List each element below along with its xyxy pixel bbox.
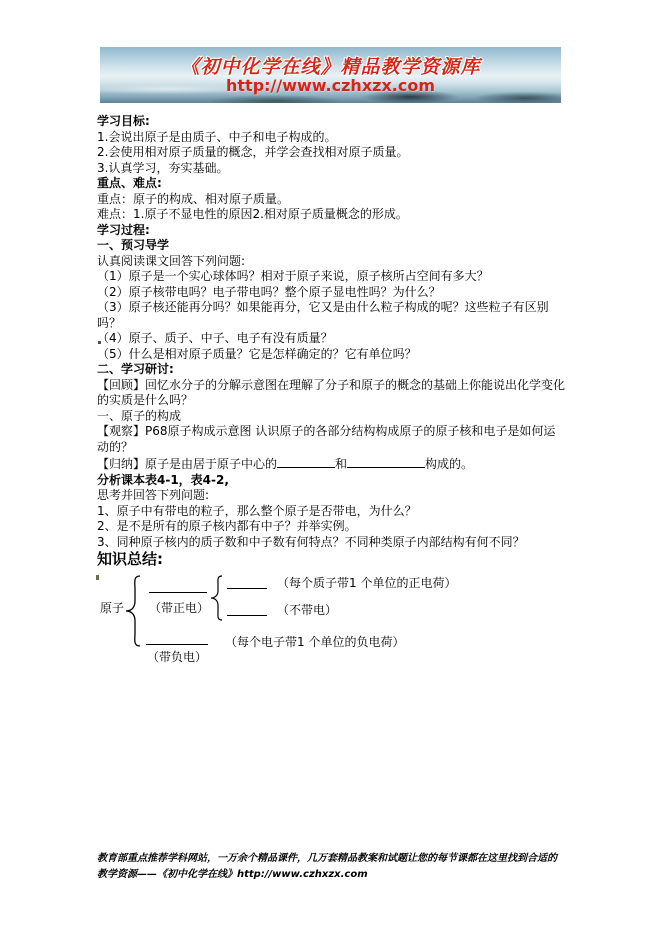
document-page: { "banner": { "title": "《初中化学在线》精品教学资源库"… xyxy=(0,0,661,935)
think-question: 1、原子中有带电的粒子，那么整个原子是否带电，为什么？ xyxy=(97,504,567,520)
summary-diagram: 原子 （带正电） （每个质子带1 个单位的正电荷） （不带电） （带负电） （每… xyxy=(97,570,567,666)
fill-blank xyxy=(347,455,425,468)
preview-question: （1）原子是一个实心球体吗？相对于原子来说，原子核所占空间有多大？ xyxy=(97,269,567,285)
positive-blank-group: （带正电） xyxy=(149,592,207,617)
difficulty-line: 难点：1.原子不显电性的原因2.相对原子质量概念的形成。 xyxy=(97,207,567,223)
preview-question: （2）原子核带电吗？电子带电吗？整个原子显电性吗？为什么？ xyxy=(97,285,567,301)
neutron-note: （不带电） xyxy=(277,603,337,619)
goal-item: 2.会使用相对原子质量的概念，并学会查找相对原子质量。 xyxy=(97,145,567,161)
conclude-prefix: 【归纳】原子是由居于原子中心的 xyxy=(97,457,277,471)
think-question: 2、是不是所有的原子核内都有中子？并举实例。 xyxy=(97,519,567,535)
goal-item: 3.认真学习，夯实基础。 xyxy=(97,161,567,177)
conclude-suffix: 构成的。 xyxy=(425,457,473,471)
footer-line: 教学资源——《初中化学在线》http://www.czhxzx.com xyxy=(97,867,575,883)
worksheet-body: 学习目标: 1.会说出原子是由质子、中子和电子构成的。 2.会使用相对原子质量的… xyxy=(97,114,567,666)
banner-url: http://www.czhxzx.com xyxy=(100,76,561,95)
negative-blank-group: （带负电） xyxy=(146,644,208,666)
positive-label: （带正电） xyxy=(149,601,209,615)
goal-item: 1.会说出原子是由质子、中子和电子构成的。 xyxy=(97,130,567,146)
analyze-line: 分析课本表4-1，表4-2, xyxy=(97,473,567,489)
fill-blank xyxy=(227,601,267,616)
proton-note: （每个质子带1 个单位的正电荷） xyxy=(277,576,456,592)
preview-question: （4）原子、质子、中子、电子有没有质量？ xyxy=(97,331,567,347)
preview-question: （3）原子核还能再分吗？如果能再分，它又是由什么粒子构成的呢？这些粒子有区别吗？ xyxy=(97,300,567,331)
diagram-root-label: 原子 xyxy=(100,601,124,617)
electron-note: （每个电子带1 个单位的负电荷） xyxy=(225,635,404,651)
fill-blank xyxy=(227,574,267,589)
keypoints-heading: 重点、难点: xyxy=(97,176,567,192)
think-intro: 思考并回答下列问题: xyxy=(97,488,567,504)
negative-label: （带负电） xyxy=(147,650,207,664)
think-question: 3、同种原子核内的质子数和中子数有何特点？不同种类原子内部结构有何不同？ xyxy=(97,535,567,551)
review-paragraph: 【回顾】回忆水分子的分解示意图在理解了分子和原子的概念的基础上你能说出化学变化的… xyxy=(97,378,567,409)
brace-icon xyxy=(124,575,142,647)
discussion-heading: 二、学习研讨: xyxy=(97,362,567,378)
goals-heading: 学习目标: xyxy=(97,114,567,130)
atom-structure-heading: 一、原子的构成 xyxy=(97,409,567,425)
fill-blank xyxy=(277,455,335,468)
brace-icon xyxy=(210,575,224,621)
preview-intro: 认真阅读课文回答下列问题: xyxy=(97,254,567,270)
site-footer: 教育部重点推荐学科网站，一万余个精品课件，几万套精品教案和试题让您的每节课都在这… xyxy=(97,851,575,883)
preview-heading: 一、预习导学 xyxy=(97,238,567,254)
keypoint-line: 重点：原子的构成、相对原子质量。 xyxy=(97,192,567,208)
banner-image: 《初中化学在线》精品教学资源库 http://www.czhxzx.com xyxy=(100,47,561,103)
footer-line: 教育部重点推荐学科网站，一万余个精品课件，几万套精品教案和试题让您的每节课都在这… xyxy=(97,851,575,867)
banner-title: 《初中化学在线》精品教学资源库 xyxy=(100,52,561,79)
conclude-paragraph: 【归纳】原子是由居于原子中心的和构成的。 xyxy=(97,455,567,473)
conclude-and: 和 xyxy=(335,457,347,471)
preview-question: （5）什么是相对原子质量？它是怎样确定的？它有单位吗？ xyxy=(97,347,567,363)
summary-heading: 知识总结: xyxy=(97,550,567,569)
observe-paragraph: 【观察】P68原子构成示意图 认识原子的各部分结构构成原子的原子核和电子是如何运… xyxy=(97,424,567,455)
process-heading: 学习过程: xyxy=(97,223,567,239)
